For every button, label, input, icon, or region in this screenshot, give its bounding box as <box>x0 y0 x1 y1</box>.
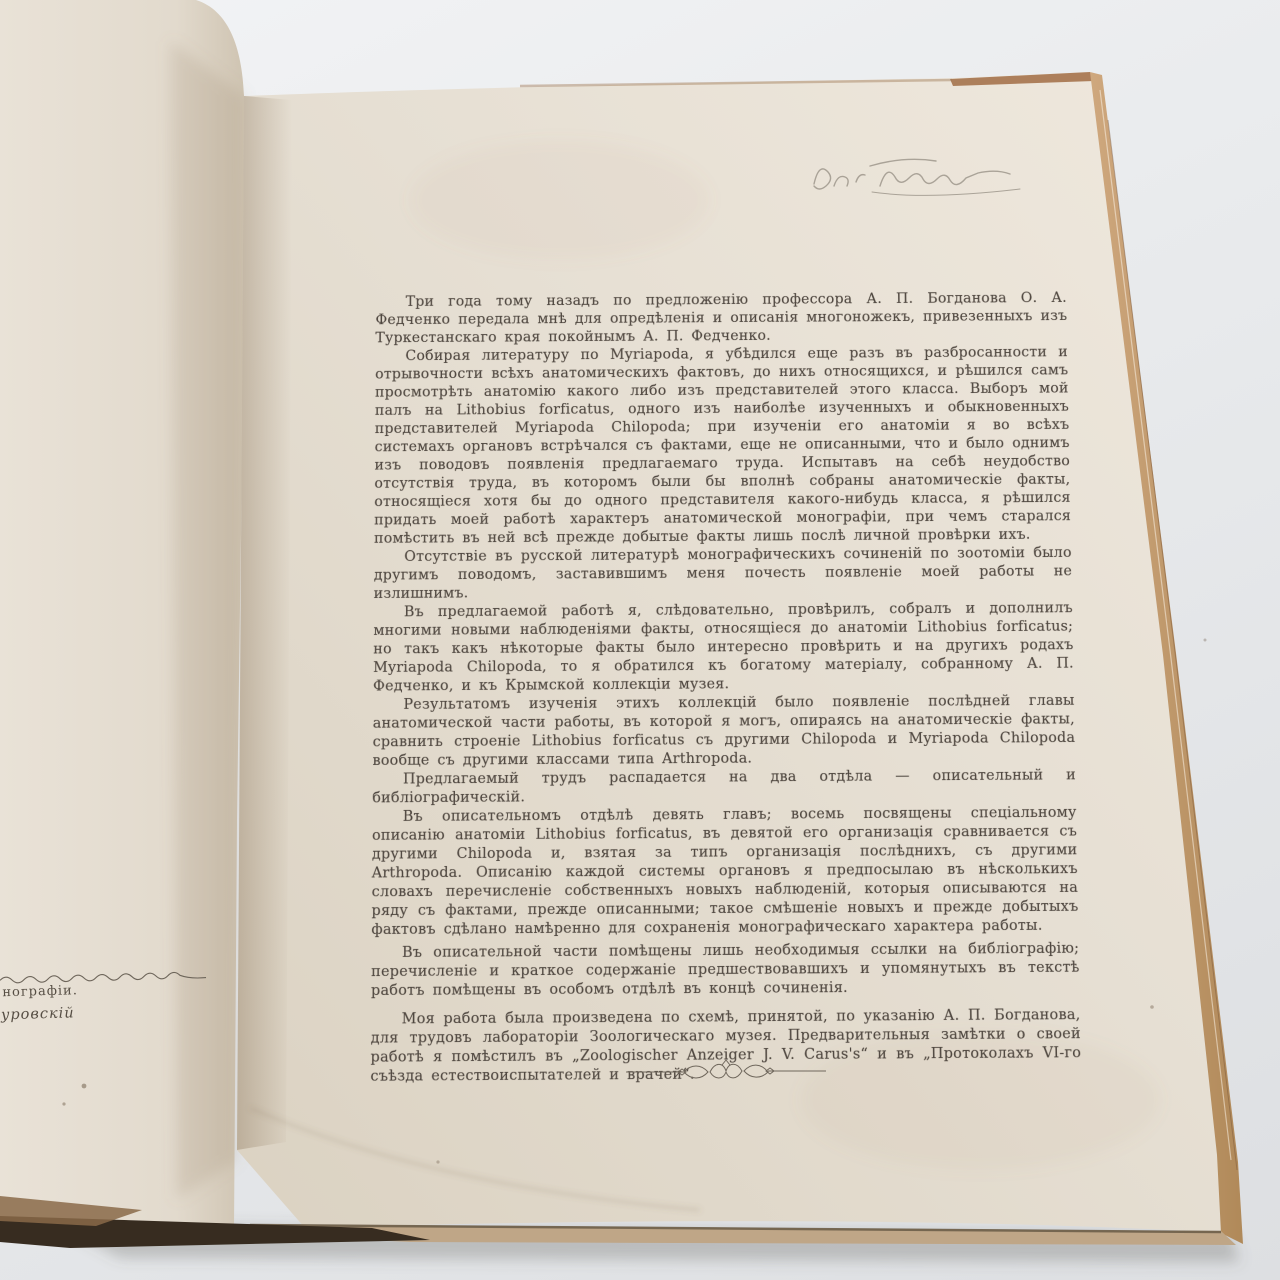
foxing-dot <box>1150 1005 1154 1009</box>
paragraph: Въ предлагаемой работѣ я, слѣдовательно,… <box>373 599 1074 696</box>
left-page-shading <box>170 40 244 1200</box>
handwriting-stroke <box>834 176 848 186</box>
ornament-center <box>710 1064 742 1078</box>
tailpiece-ornament <box>626 1058 826 1084</box>
paragraph: Собирая литературу по Myriapoda, я убѣди… <box>374 343 1072 548</box>
foxing-dot <box>436 1160 439 1163</box>
squiggle-path <box>0 972 206 984</box>
ornament-knot <box>744 1065 768 1077</box>
handwriting-stroke <box>870 159 936 166</box>
ornament-crown <box>722 1060 730 1065</box>
paragraph: Предлагаемый трудъ распадается на два от… <box>372 766 1076 808</box>
ornament-knot <box>684 1066 708 1078</box>
footnote-fragment-line: уровскій <box>1 1005 75 1023</box>
foxing-dot <box>82 1084 87 1089</box>
handwritten-inscription <box>808 146 1028 206</box>
handwriting-stroke <box>856 175 865 182</box>
handwriting-flourish <box>872 189 1020 195</box>
paragraph: Результатомъ изученія этихъ коллекцій бы… <box>372 691 1075 770</box>
foxing-dot <box>62 1102 65 1105</box>
handwriting-stroke <box>880 171 1010 186</box>
paragraph: Три года тому назадъ по предложенію проф… <box>375 289 1067 347</box>
paragraph: Отсутствіе въ русской литературѣ моногра… <box>374 544 1073 604</box>
page-text-block: Три года тому назадъ по предложенію проф… <box>370 289 1081 1086</box>
photo-of-open-book: Три года тому назадъ по предложенію проф… <box>0 0 1280 1280</box>
paragraph: Въ описательной части помѣщены лишь необ… <box>371 939 1080 1000</box>
handwriting-stroke <box>814 169 831 189</box>
paper-stain <box>410 140 710 260</box>
gutter-shadow <box>237 96 292 1150</box>
paragraph: Въ описательномъ отдѣлѣ девять главъ; во… <box>371 803 1079 939</box>
foxing-dot <box>1204 639 1207 642</box>
footnote-fragment-line: нографіи. <box>2 983 78 1000</box>
